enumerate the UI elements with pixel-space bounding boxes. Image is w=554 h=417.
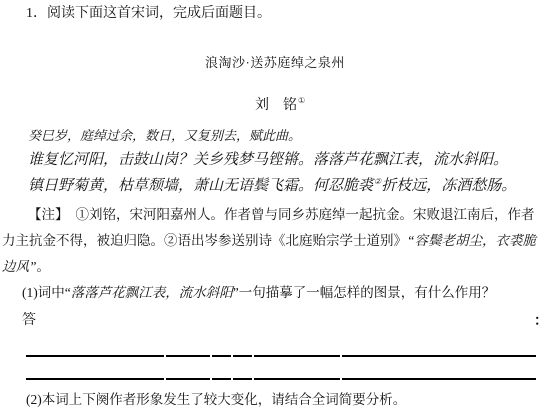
notes-line-1-text: ①刘铭，宋河阳嘉州人。作者曾与同乡苏庭绰一起抗金。宋败退江南后，作者: [76, 207, 535, 222]
answer-label: 答: [22, 313, 36, 330]
exam-page: 1．阅读下面这首宋词，完成后面题目。 浪淘沙·送苏庭绰之泉州 刘 铭① 癸巳岁，…: [0, 0, 554, 417]
question-1: (1)词中“落落芦花飘江表，流水斜阳”一句描摹了一幅怎样的图景，有什么作用？: [22, 285, 495, 301]
answer-line-2: [26, 378, 536, 380]
question-2: (2)本词上下阕作者形象发生了较大变化，请结合全词简要分析。: [26, 392, 406, 408]
question-1-poem-quote: 落落芦花飘江表，流水斜阳: [71, 285, 233, 300]
question-1-pre: (1)词中“: [22, 285, 71, 300]
poem-stanza-2-text: 镇日野菊黄，枯草颓墙，萧山无语鬓飞霜。何忍脆裘: [28, 178, 373, 194]
poem-author-line: 刘 铭①: [255, 98, 305, 115]
poem-stanza-1: 谁复忆河阳，击鼓山岗？关乡残梦马铿锵。落落芦花飘江表，流水斜阳。: [28, 151, 508, 169]
question-1-post: ”一句描摹了一幅怎样的图景，有什么作用？: [233, 285, 496, 300]
answer-line-1: [26, 355, 536, 357]
poem-author: 刘 铭: [255, 98, 297, 113]
question-stem: 1．阅读下面这首宋词，完成后面题目。: [26, 6, 271, 23]
poem-preface: 癸巳岁，庭绰过余，数日，又复别去，赋此曲。: [28, 128, 301, 144]
notes-quote-start: “容鬓老胡尘，衣裘脆: [407, 233, 536, 248]
notes-line-1: 【注】①刘铭，宋河阳嘉州人。作者曾与同乡苏庭绰一起抗金。宋败退江南后，作者: [28, 207, 535, 223]
notes-line-2: 力主抗金不得，被迫归隐。②语出岑参送别诗《北庭贻宗学士道别》“容鬓老胡尘，衣裘脆: [2, 233, 536, 249]
notes-quote-end: 边风”: [2, 259, 37, 274]
notes-line-3: 边风”。: [2, 259, 50, 275]
poem-stanza-2: 镇日野菊黄，枯草颓墙，萧山无语鬓飞霜。何忍脆裘②折枝远，冻酒愁肠。: [28, 177, 516, 195]
answer-colon: ：: [534, 314, 548, 331]
poem-stanza-2-tail: 折枝远，冻酒愁肠。: [381, 178, 516, 194]
notes-line-3-tail: 。: [37, 259, 51, 274]
notes-label: 【注】: [28, 207, 69, 222]
notes-line-2-text: 力主抗金不得，被迫归隐。②语出岑参送别诗《北庭贻宗学士道别》: [2, 233, 407, 248]
note-ref-1-superscript: ①: [298, 96, 305, 105]
poem-title: 浪淘沙·送苏庭绰之泉州: [205, 55, 345, 71]
